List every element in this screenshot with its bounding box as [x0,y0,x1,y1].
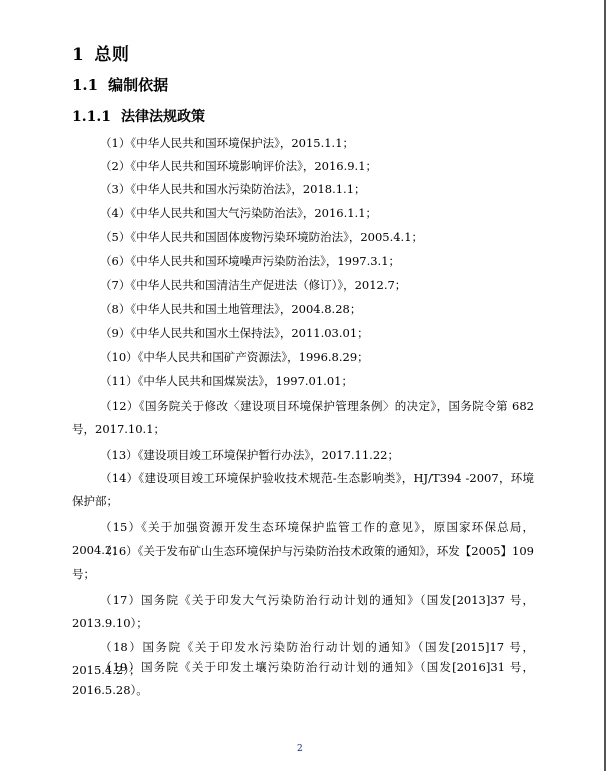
list-item: （5）《中华人民共和国固体废物污染环境防治法》，2005.4.1； [72,226,534,249]
list-item: （9）《中华人民共和国水土保持法》，2011.03.01； [72,322,534,345]
heading-number: 1.1 [72,76,98,94]
heading-level-2: 1.1编制依据 [72,74,168,95]
list-item: （17）国务院《关于印发大气污染防治行动计划的通知》（国发[2013]37 号，… [72,589,534,635]
list-item: （13）《建设项目竣工环境保护暂行办法》，2017.11.22； [72,444,534,467]
list-item: （2）《中华人民共和国环境影响评价法》，2016.9.1； [72,155,534,178]
page-number: 2 [297,744,303,754]
list-item: （19）国务院《关于印发土壤污染防治行动计划的通知》（国发[2016]31 号，… [72,656,534,702]
list-item: （6）《中华人民共和国环境噪声污染防治法》，1997.3.1； [72,250,534,273]
list-item: （3）《中华人民共和国水污染防治法》，2018.1.1； [72,178,534,201]
list-item: （11）《中华人民共和国煤炭法》，1997.01.01； [72,370,534,393]
list-item: （1）《中华人民共和国环境保护法》，2015.1.1； [72,132,534,155]
heading-level-3: 1.1.1法律法规政策 [72,106,205,126]
list-item: （4）《中华人民共和国大气污染防治法》，2016.1.1； [72,202,534,225]
heading-title: 编制依据 [108,76,168,94]
heading-title: 法律法规政策 [121,109,205,125]
list-item: （10）《中华人民共和国矿产资源法》，1996.8.29； [72,346,534,369]
heading-title: 总则 [94,45,129,65]
heading-level-1: 1总则 [72,40,129,65]
list-item: （7）《中华人民共和国清洁生产促进法（修订）》，2012.7； [72,274,534,297]
heading-number: 1.1.1 [72,109,111,125]
list-item: （8）《中华人民共和国土地管理法》，2004.8.28； [72,298,534,321]
document-page: 1总则 1.1编制依据 1.1.1法律法规政策 （1）《中华人民共和国环境保护法… [0,0,604,771]
list-item: （16）《关于发布矿山生态环境保护与污染防治技术政策的通知》，环发【2005】1… [72,540,534,586]
list-item: （14）《建设项目竣工环境保护验收技术规范-生态影响类》，HJ/T394 -20… [72,467,534,513]
list-item: （12）《国务院关于修改〈建设项目环境保护管理条例〉的决定》，国务院令第 682… [72,395,534,441]
heading-number: 1 [72,45,84,65]
